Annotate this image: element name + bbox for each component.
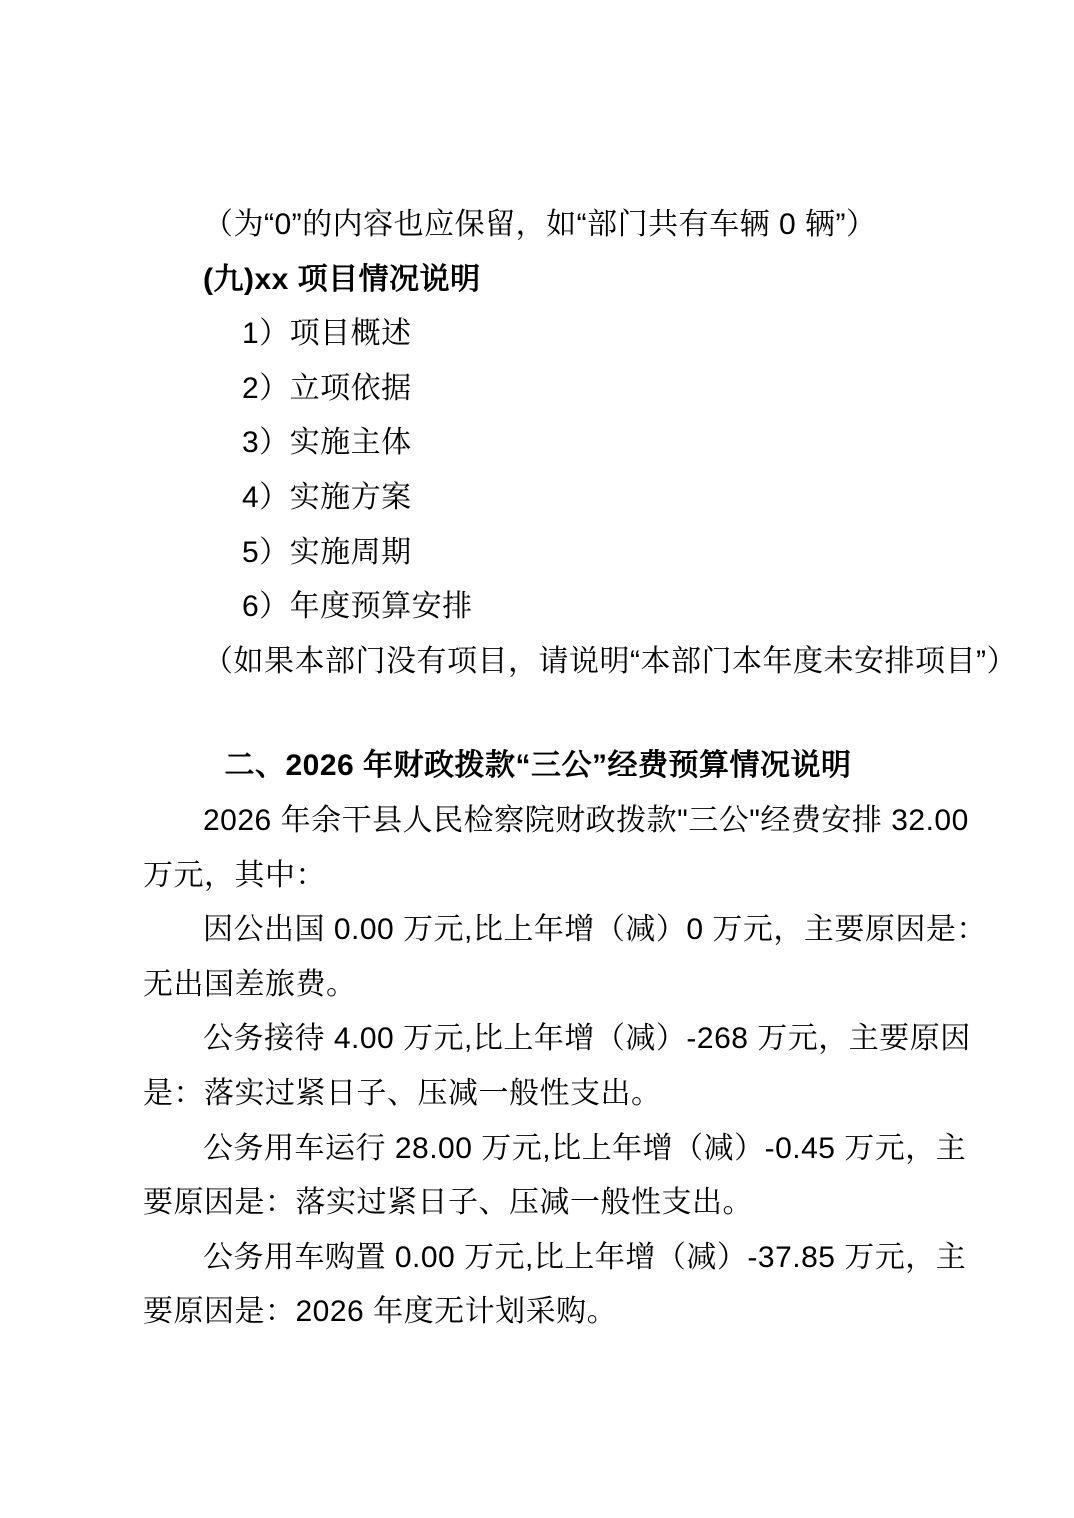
paragraph-line: 公务用车运行 28.00 万元,比上年增（减）-0.45 万元，主 xyxy=(143,1122,933,1177)
document-page: （为“0”的内容也应保留，如“部门共有车辆 0 辆”）(九)xx 项目情况说明1… xyxy=(0,0,1074,1518)
list-item: 5）实施周期 xyxy=(143,526,933,581)
section-heading: 二、2026 年财政拨款“三公”经费预算情况说明 xyxy=(143,739,933,794)
list-item: 6）年度预算安排 xyxy=(143,580,933,635)
paragraph-line: 公务用车购置 0.00 万元,比上年增（减）-37.85 万元，主 xyxy=(143,1231,933,1286)
paragraph-line: 要原因是：落实过紧日子、压减一般性支出。 xyxy=(143,1176,933,1231)
paragraph-line: 要原因是：2026 年度无计划采购。 xyxy=(143,1285,933,1340)
subsection-heading: (九)xx 项目情况说明 xyxy=(143,253,933,308)
paragraph-line: 公务接待 4.00 万元,比上年增（减）-268 万元，主要原因 xyxy=(143,1012,933,1067)
paragraph-line: 因公出国 0.00 万元,比上年增（减）0 万元，主要原因是： xyxy=(143,903,933,958)
paragraph-line: 万元，其中： xyxy=(143,849,933,904)
paragraph-line: 是：落实过紧日子、压减一般性支出。 xyxy=(143,1067,933,1122)
paragraph-line: 2026 年余干县人民检察院财政拨款"三公"经费安排 32.00 xyxy=(143,794,933,849)
list-item: 3）实施主体 xyxy=(143,416,933,471)
list-item: 4）实施方案 xyxy=(143,471,933,526)
paragraph-line: 无出国差旅费。 xyxy=(143,958,933,1013)
list-item: 2）立项依据 xyxy=(143,362,933,417)
blank-spacer xyxy=(143,689,933,739)
document-body: （为“0”的内容也应保留，如“部门共有车辆 0 辆”）(九)xx 项目情况说明1… xyxy=(143,198,933,1340)
note-line: （为“0”的内容也应保留，如“部门共有车辆 0 辆”） xyxy=(143,198,933,253)
list-item: 1）项目概述 xyxy=(143,307,933,362)
note-line: （如果本部门没有项目，请说明“本部门本年度未安排项目”） xyxy=(143,635,933,690)
